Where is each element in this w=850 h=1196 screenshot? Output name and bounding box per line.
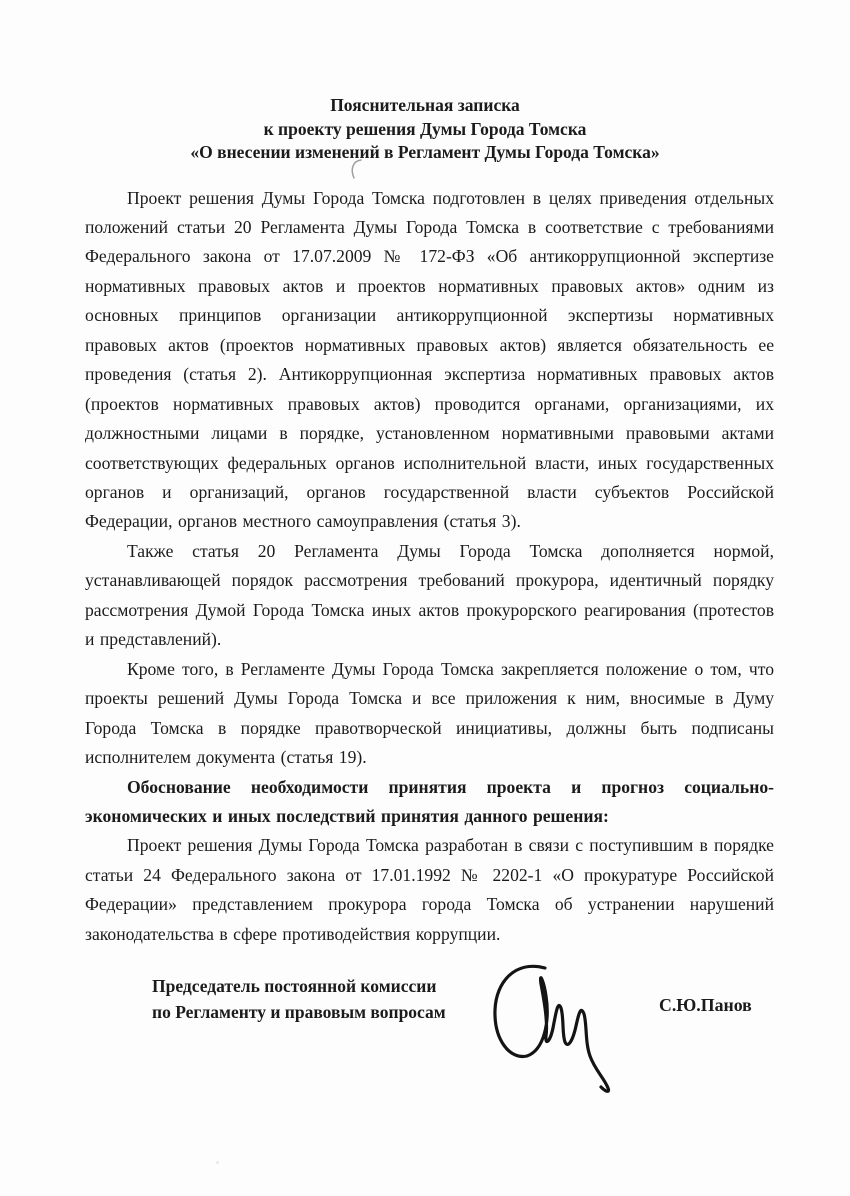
title-line-2: к проекту решения Думы Города Томска xyxy=(0,118,850,142)
scanned-document-page: Пояснительная записка к проекту решения … xyxy=(0,0,850,1196)
document-body: Проект решения Думы Города Томска подгот… xyxy=(85,184,774,950)
paragraph: Также статья 20 Регламента Думы Города Т… xyxy=(85,537,774,655)
section-heading-paragraph: Обоснование необходимости принятия проек… xyxy=(85,773,774,832)
title-line-3: «О внесении изменений в Регламент Думы Г… xyxy=(0,141,850,165)
paragraph: Проект решения Думы Города Томска подгот… xyxy=(85,184,774,537)
handwritten-signature-icon xyxy=(0,962,850,1132)
scan-dot-artifact xyxy=(216,1161,219,1164)
signature-block: Председатель постоянной комиссии по Регл… xyxy=(0,962,850,1132)
title-line-1: Пояснительная записка xyxy=(0,94,850,118)
document-title: Пояснительная записка к проекту решения … xyxy=(0,0,850,165)
scan-smudge-artifact xyxy=(348,158,368,182)
paragraph: Проект решения Думы Города Томска разраб… xyxy=(85,831,774,949)
paragraph: Кроме того, в Регламенте Думы Города Том… xyxy=(85,655,774,773)
signatory-name: С.Ю.Панов xyxy=(659,995,752,1016)
